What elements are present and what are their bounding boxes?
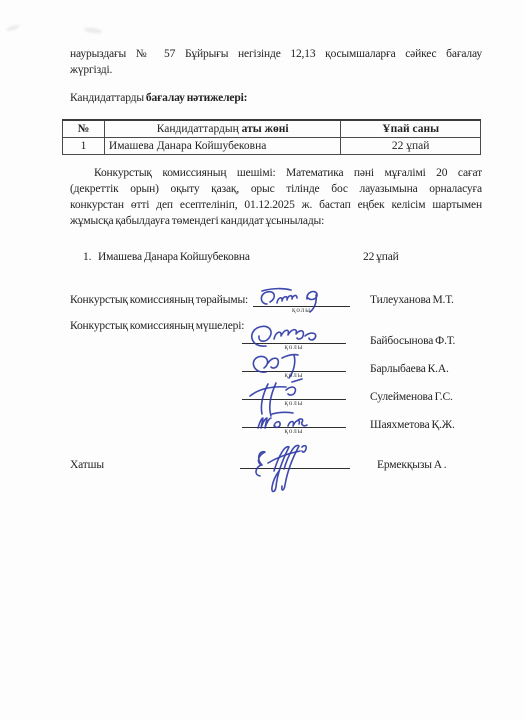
signature-caption: қолы (253, 306, 350, 315)
secretary-signature-scribble (244, 443, 344, 499)
results-heading: Кандидаттарды бағалау нәтижелері: (70, 90, 482, 106)
signature-line: қолы (242, 414, 346, 428)
signatory-name: Байбосынова Ф.Т. (370, 333, 455, 349)
paragraph-line: (декреттік орын) оқыту қазақ, орыс тілін… (70, 181, 482, 197)
signature-line: қолы (242, 386, 346, 400)
signature-line: қолы (242, 330, 346, 344)
results-heading-bold: бағалау нәтижелері: (146, 92, 247, 104)
paragraph-line: конкурстан өтті деп есептелініп, 01.12.2… (70, 197, 482, 213)
decision-paragraph: Конкурстық комиссияның шешімі: Математик… (70, 165, 482, 229)
results-table-body: 1 Имашева Данара Койшубековна 22 ұпай (63, 138, 481, 155)
secretary-signature-row: Хатшы Ермекқызы А . (70, 455, 482, 485)
paragraph-line: жұмысқа қабылдауға төмендегі кандидат ұс… (70, 213, 482, 229)
results-table-header: № Кандидаттардың аты жөні Ұпай саны (63, 120, 481, 138)
results-table: № Кандидаттардың аты жөні Ұпай саны 1 Им… (62, 119, 481, 155)
signature-caption: қолы (242, 427, 346, 436)
cell-candidate-name: Имашева Данара Койшубековна (104, 138, 340, 155)
secretary-label: Хатшы (70, 457, 104, 473)
scan-smudge (84, 27, 103, 34)
col-header-name-normal: Кандидаттардың (157, 123, 242, 135)
paragraph-line: наурыздағы № 57 Бұйрығы негізінде 12,13 … (70, 46, 482, 62)
signature-line: қолы (253, 292, 350, 307)
col-header-candidate-name: Кандидаттардың аты жөні (104, 120, 340, 138)
paragraph-line: Конкурстық комиссияның шешімі: Математик… (70, 165, 482, 181)
results-heading-normal: Кандидаттарды (70, 92, 146, 104)
intro-paragraph: наурыздағы № 57 Бұйрығы негізінде 12,13 … (70, 46, 482, 78)
signatory-name: Шаяхметова Қ.Ж. (370, 417, 455, 433)
col-header-number: № (63, 120, 105, 138)
cell-score: 22 ұпай (341, 138, 481, 155)
candidate-item-name: Имашева Данара Койшубековна (98, 249, 250, 265)
scan-smudge (6, 24, 21, 32)
signatory-name: Сулейменова Г.С. (370, 389, 453, 405)
chair-label: Конкурстық комиссияның төрайымы: (70, 292, 248, 308)
scanned-document-page: наурыздағы № 57 Бұйрығы негізінде 12,13 … (0, 0, 524, 720)
signature-line (240, 455, 350, 469)
signatory-name: Тилеуханова М.Т. (370, 292, 454, 308)
paragraph-line: жүргізді. (70, 62, 482, 78)
signatory-name: Ермекқызы А . (377, 457, 447, 473)
col-header-score: Ұпай саны (341, 120, 481, 138)
member-signature-row: қолы Шаяхметова Қ.Ж. (70, 414, 482, 444)
signatory-name: Барлыбаева К.А. (370, 361, 449, 377)
header-row: № Кандидаттардың аты жөні Ұпай саны (63, 120, 481, 138)
cell-number: 1 (63, 138, 105, 155)
candidate-item-number: 1. (83, 249, 91, 265)
candidate-item-score: 22 ұпай (363, 249, 399, 265)
table-row: 1 Имашева Данара Койшубековна 22 ұпай (63, 138, 481, 155)
candidate-item: 1. Имашева Данара Койшубековна 22 ұпай (70, 249, 482, 265)
signature-line: қолы (242, 358, 346, 372)
col-header-name-bold: аты жөні (242, 123, 289, 135)
